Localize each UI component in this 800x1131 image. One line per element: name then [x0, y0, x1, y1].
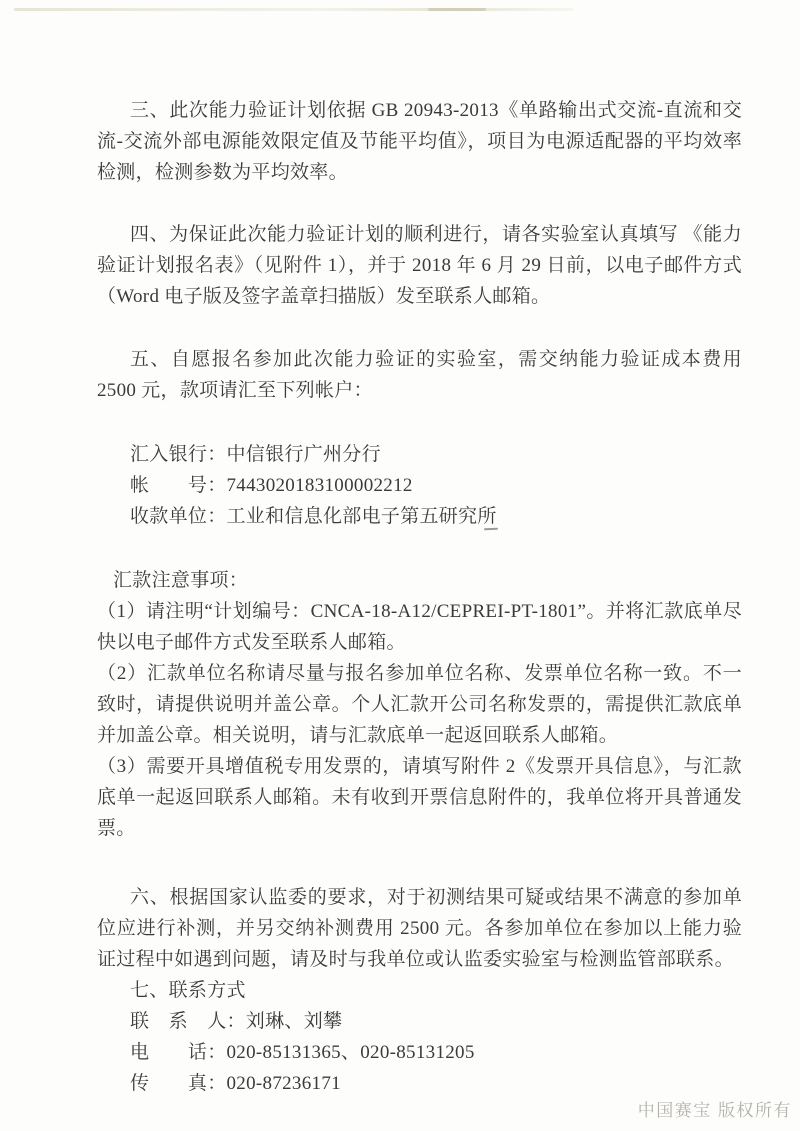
remittance-note-2: （2）汇款单位名称请尽量与报名参加单位名称、发票单位名称一致。不一致时，请提供说…	[97, 658, 742, 751]
bank-line-account-number: 帐 号：7443020183100002212	[97, 470, 742, 501]
contact-line-fax: 传 真：020-87236171	[97, 1068, 742, 1099]
section-five-paragraph: 五、自愿报名参加此次能力验证的实验室，需交纳能力验证成本费用 2500 元，款项…	[97, 344, 742, 406]
copyright-watermark: 中国赛宝 版权所有	[638, 1101, 792, 1121]
bank-line-payee-name: 收款单位：工业和信息化部电子第五研究所	[97, 501, 742, 532]
bank-line-deposit-bank: 汇入银行：中信银行广州分行	[97, 439, 742, 470]
remittance-notes-title: 汇款注意事项：	[97, 565, 742, 596]
section-four-paragraph: 四、为保证此次能力验证计划的顺利进行，请各实验室认真填写 《能力验证计划报名表》…	[97, 219, 742, 312]
contact-line-phone: 电 话：020-85131365、020-85131205	[97, 1037, 742, 1068]
remittance-note-3: （3）需要开具增值税专用发票的，请填写附件 2《发票开具信息》，与汇款底单一起返…	[97, 751, 742, 844]
section-six-paragraph: 六、根据国家认监委的要求，对于初测结果可疑或结果不满意的参加单位应进行补测，并另…	[97, 882, 742, 975]
section-three-paragraph: 三、此次能力验证计划依据 GB 20943-2013《单路输出式交流-直流和交流…	[97, 95, 742, 188]
bank-account-block: 汇入银行：中信银行广州分行 帐 号：7443020183100002212 收款…	[97, 439, 742, 532]
scanned-document-page: 三、此次能力验证计划依据 GB 20943-2013《单路输出式交流-直流和交流…	[0, 0, 800, 1131]
contact-info-block: 联 系 人：刘琳、刘攀 电 话：020-85131365、020-8513120…	[97, 1006, 742, 1099]
contact-line-person: 联 系 人：刘琳、刘攀	[97, 1006, 742, 1037]
section-seven-heading: 七、联系方式	[97, 975, 742, 1006]
document-body: 三、此次能力验证计划依据 GB 20943-2013《单路输出式交流-直流和交流…	[97, 95, 742, 1099]
remittance-note-1: （1）请注明“计划编号：CNCA-18-A12/CEPREI-PT-1801”。…	[97, 596, 742, 658]
remittance-notes-block: 汇款注意事项： （1）请注明“计划编号：CNCA-18-A12/CEPREI-P…	[97, 565, 742, 844]
scan-artifact-top-line-dark-segment	[428, 8, 486, 11]
scan-artifact-top-line	[14, 8, 574, 11]
